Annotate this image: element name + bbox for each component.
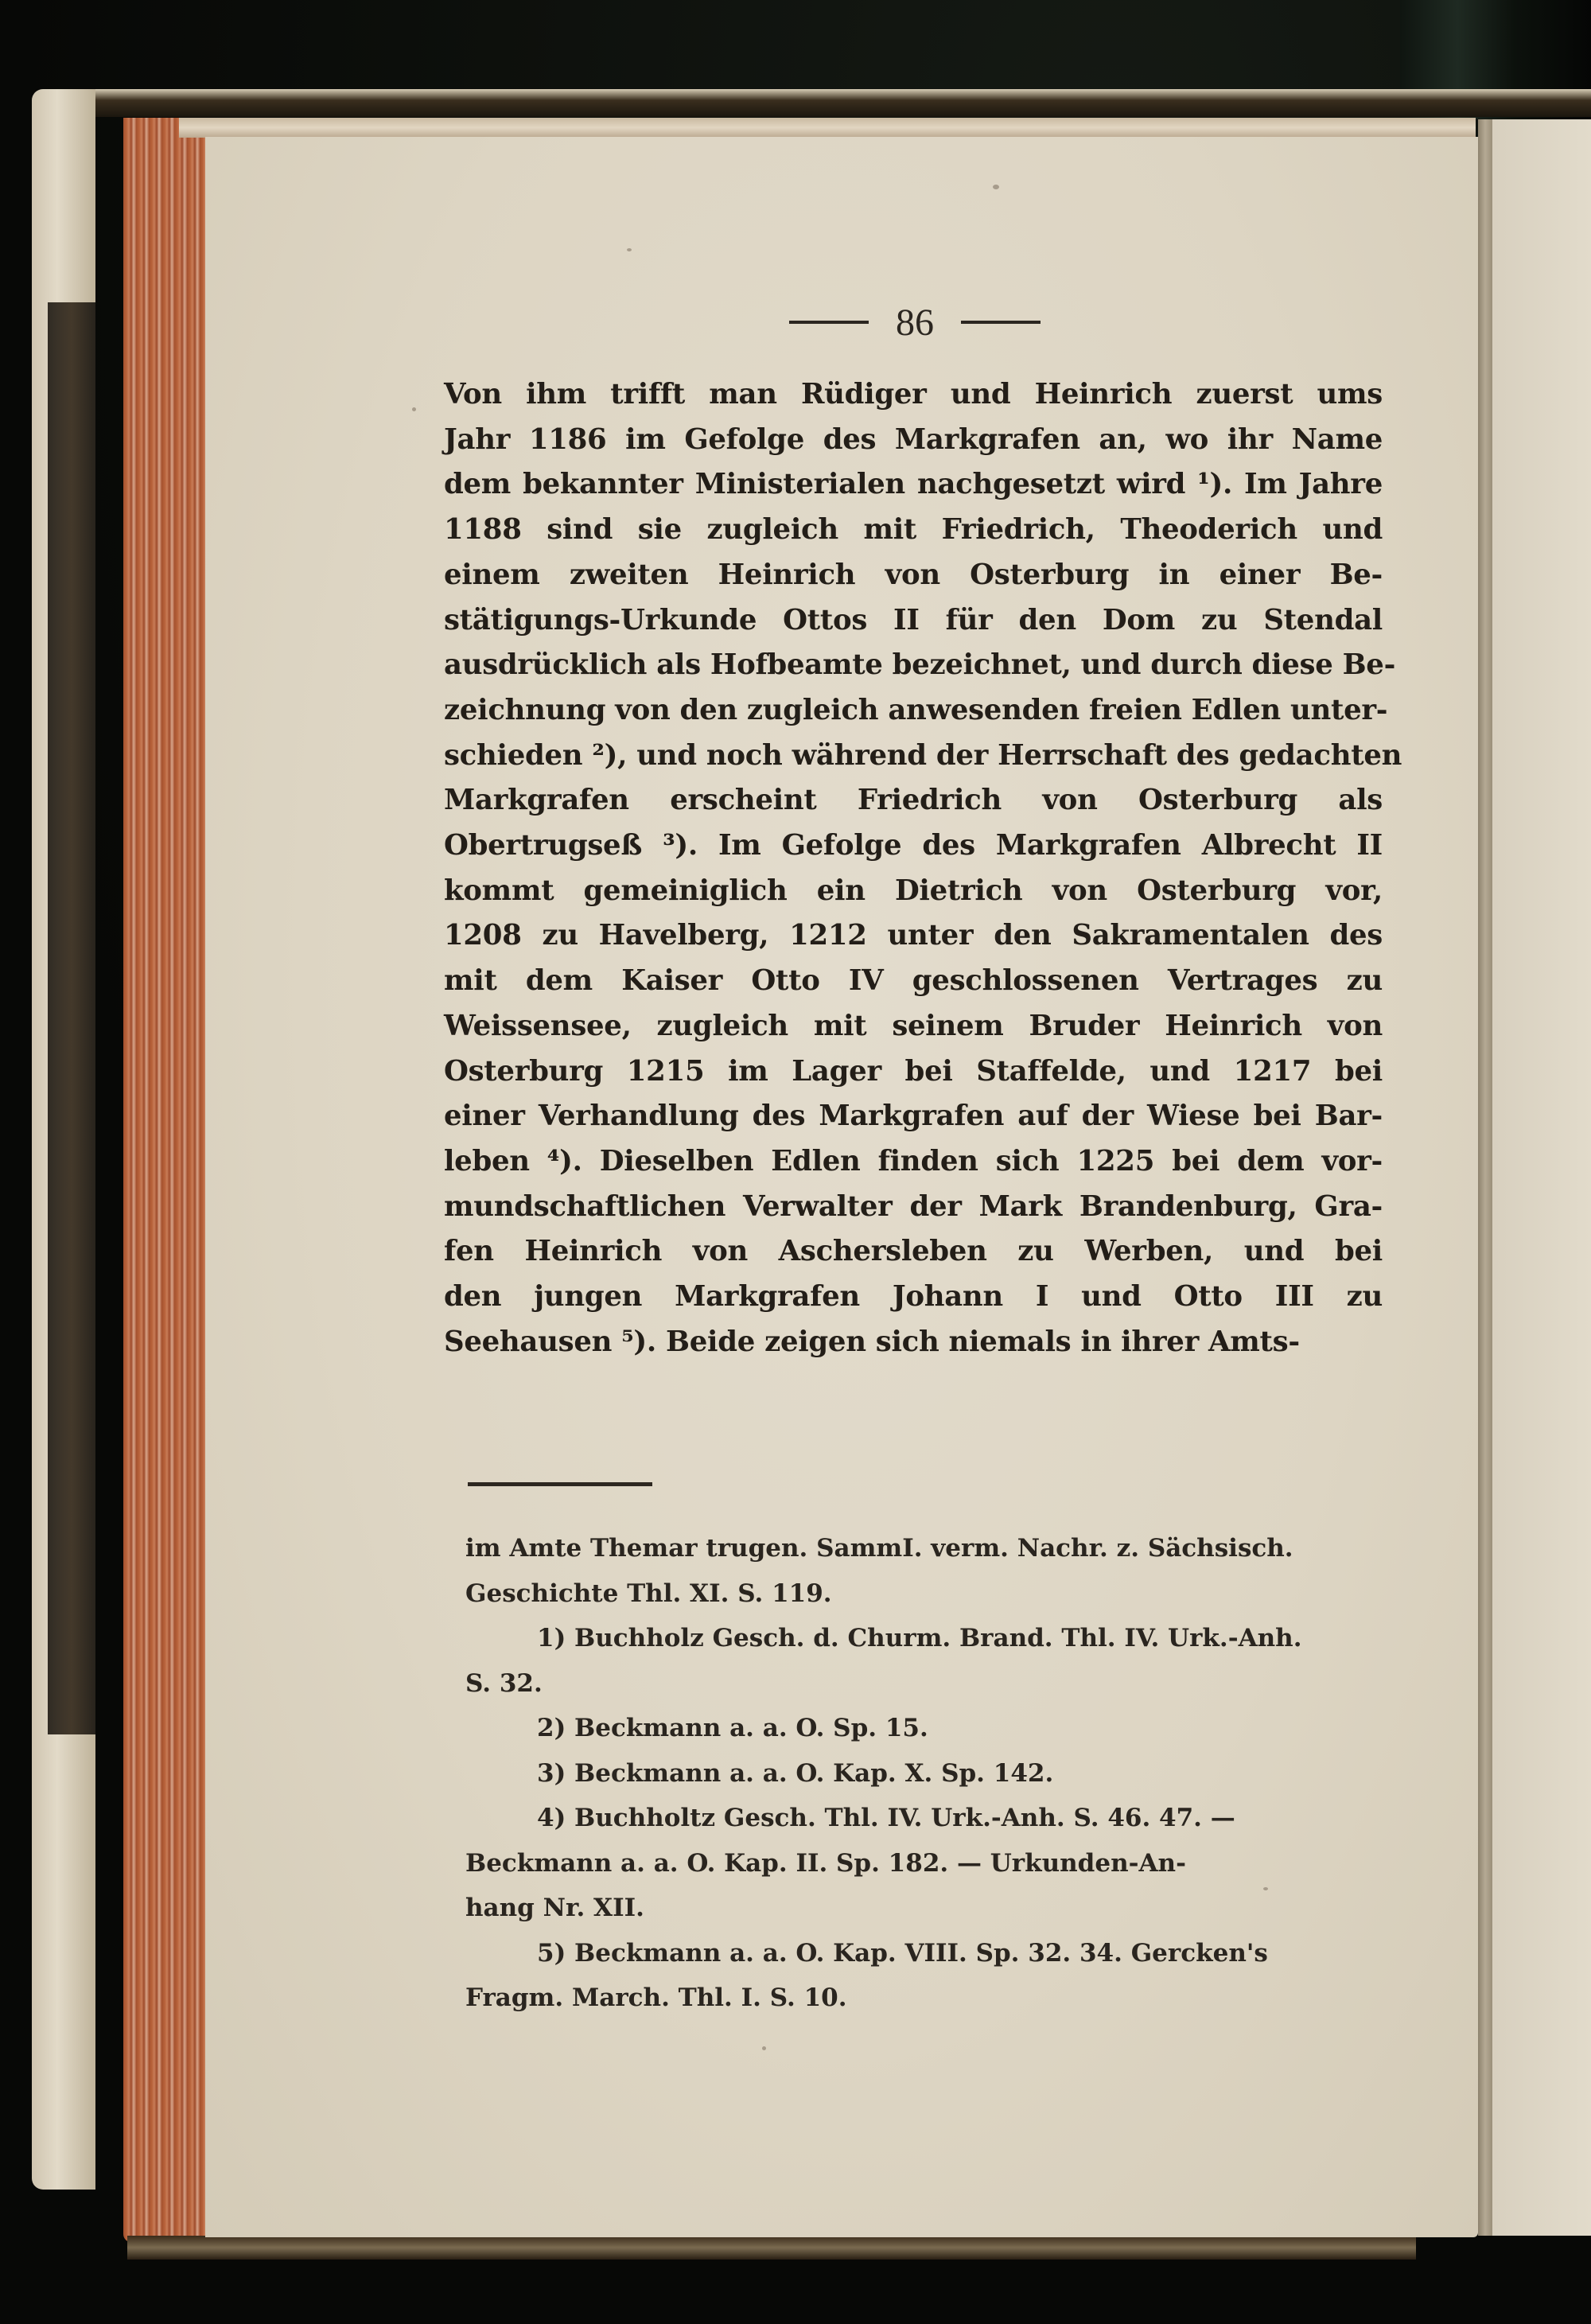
book-board-bottom <box>127 2236 1416 2260</box>
text-line: Weissensee, zugleich mit seinem Bruder H… <box>444 1004 1383 1049</box>
footnote-1: 1) Buchholz Gesch. d. Churm. Brand. Thl.… <box>465 1616 1396 1661</box>
page-header: 86 <box>756 302 1074 342</box>
book-spine <box>48 302 95 1734</box>
text-line: mit dem Kaiser Otto IV geschlossenen Ver… <box>444 959 1383 1004</box>
text-line: kommt gemeiniglich ein Dietrich von Oste… <box>444 869 1383 914</box>
text-line: stätigungs-Urkunde Ottos II für den Dom … <box>444 598 1383 644</box>
text-line: Obertrugseß ³). Im Gefolge des Markgrafe… <box>444 823 1383 869</box>
text-line: zeichnung von den zugleich anwesenden fr… <box>444 688 1383 734</box>
footnote-line: hang Nr. XII. <box>465 1886 1396 1931</box>
footnote-line: im Amte Themar trugen. SammI. verm. Nach… <box>465 1526 1396 1571</box>
footnote-4: 4) Buchholtz Gesch. Thl. IV. Urk.-Anh. S… <box>465 1796 1396 1841</box>
text-line: Markgrafen erscheint Friedrich von Oster… <box>444 778 1383 823</box>
footnote-line: Fragm. March. Thl. I. S. 10. <box>465 1976 1396 2021</box>
text-line: schieden ²), und noch während der Herrsc… <box>444 734 1383 779</box>
page-number: 86 <box>896 301 934 345</box>
footnote-separator <box>468 1482 652 1486</box>
facing-page <box>1492 119 1591 2236</box>
text-line: Osterburg 1215 im Lager bei Staffelde, u… <box>444 1049 1383 1095</box>
body-text: Von ihm trifft man Rüdiger und Heinrich … <box>444 372 1383 1364</box>
footnote-line: Geschichte Thl. XI. S. 119. <box>465 1571 1396 1617</box>
page-top-edge <box>179 118 1476 138</box>
footnote-line: S. 32. <box>465 1661 1396 1707</box>
text-line: mundschaftlichen Verwalter der Mark Bran… <box>444 1185 1383 1230</box>
text-line: den jungen Markgrafen Johann I und Otto … <box>444 1275 1383 1320</box>
footnote-3: 3) Beckmann a. a. O. Kap. X. Sp. 142. <box>465 1751 1396 1797</box>
header-rule-right <box>961 321 1041 324</box>
text-line: ausdrücklich als Hofbeamte bezeichnet, u… <box>444 643 1383 688</box>
book-board-top <box>95 89 1591 117</box>
footnote-5: 5) Beckmann a. a. O. Kap. VIII. Sp. 32. … <box>465 1931 1396 1976</box>
text-line: fen Heinrich von Aschersleben zu Werben,… <box>444 1229 1383 1275</box>
text-line: einem zweiten Heinrich von Osterburg in … <box>444 553 1383 598</box>
text-line: leben ⁴). Dieselben Edlen finden sich 12… <box>444 1139 1383 1185</box>
text-line: Jahr 1186 im Gefolge des Markgrafen an, … <box>444 418 1383 463</box>
text-line: 1188 sind sie zugleich mit Friedrich, Th… <box>444 508 1383 553</box>
header-rule-left <box>789 321 869 324</box>
footnote-line: Beckmann a. a. O. Kap. II. Sp. 182. — Ur… <box>465 1841 1396 1886</box>
text-line: einer Verhandlung des Markgrafen auf der… <box>444 1094 1383 1139</box>
text-line: Von ihm trifft man Rüdiger und Heinrich … <box>444 372 1383 418</box>
page-gutter <box>1478 119 1492 2236</box>
text-line: dem bekannter Ministerialen nachgesetzt … <box>444 462 1383 508</box>
footnotes: im Amte Themar trugen. SammI. verm. Nach… <box>465 1526 1396 2021</box>
text-line: Seehausen ⁵). Beide zeigen sich niemals … <box>444 1320 1383 1365</box>
text-line: 1208 zu Havelberg, 1212 unter den Sakram… <box>444 913 1383 959</box>
footnote-2: 2) Beckmann a. a. O. Sp. 15. <box>465 1706 1396 1751</box>
